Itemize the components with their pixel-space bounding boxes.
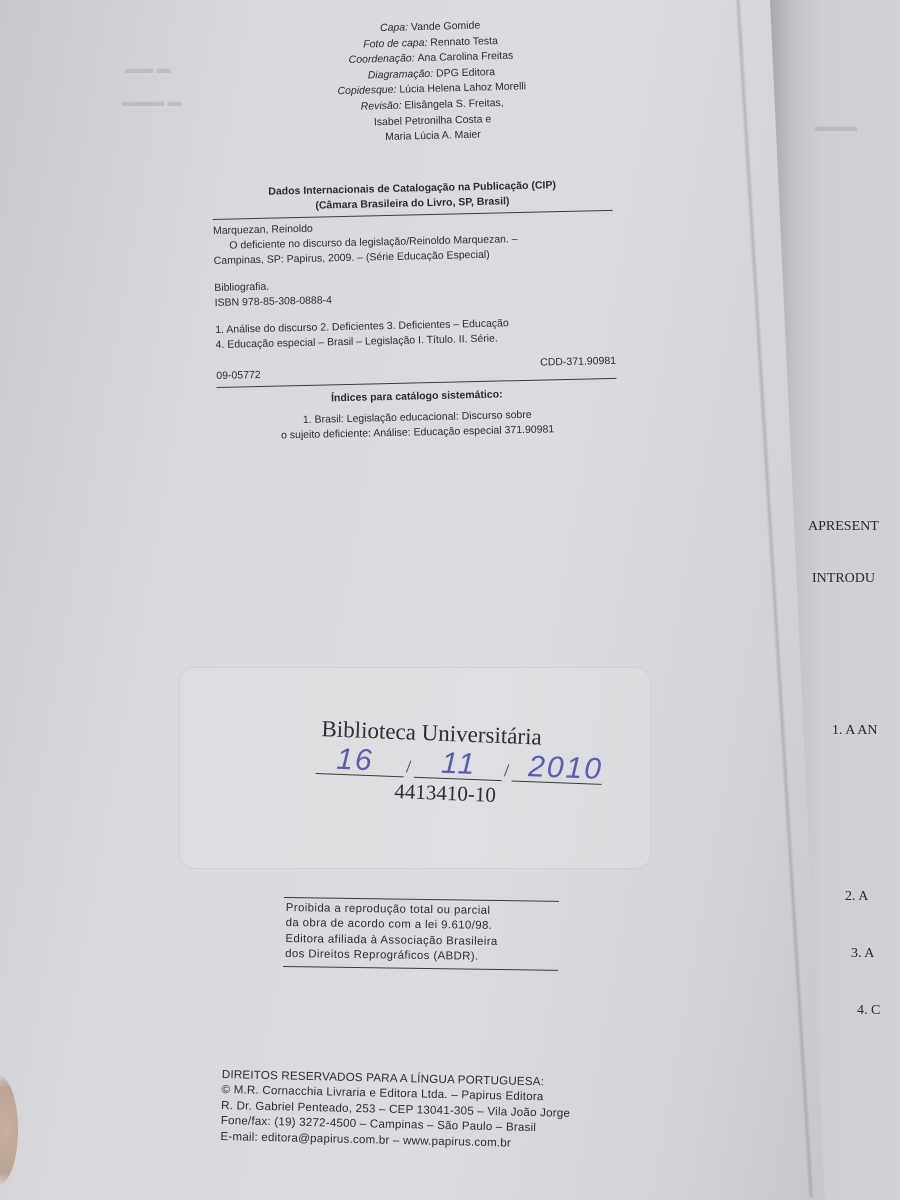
toc-item: 4. C xyxy=(857,1003,880,1019)
cip-catalog-card: Dados Internacionais de Catalogação na P… xyxy=(212,177,618,445)
show-through-text: ▬▬▬ xyxy=(815,120,857,136)
toc-item: INTRODU xyxy=(812,571,875,587)
notice-line: dos Direitos Reprográficos (ABDR). xyxy=(285,947,558,966)
stamp-month: 11 xyxy=(441,747,477,782)
show-through-text: ▬▬▬ ▬ xyxy=(122,95,182,111)
show-through-text: ▬▬ ▬ xyxy=(125,62,171,78)
date-separator: / xyxy=(406,756,412,777)
publisher-imprint: DIREITOS RESERVADOS PARA A LÍNGUA PORTUG… xyxy=(220,1067,642,1154)
left-page xyxy=(0,0,830,1200)
library-stamp: Biblioteca Universitária 16 / 11 / 2010 … xyxy=(315,716,618,812)
stamp-day: 16 xyxy=(336,743,375,778)
stamp-year: 2010 xyxy=(528,750,604,787)
date-separator: / xyxy=(504,760,510,781)
toc-item: 1. A AN xyxy=(832,723,878,739)
reproduction-notice: Proibida a reprodução total ou parcial d… xyxy=(283,897,559,970)
credits-block: Capa: Vande Gomide Foto de capa: Rennato… xyxy=(270,16,593,149)
cip-control-number: 09-05772 xyxy=(216,368,261,384)
toc-item: 2. A xyxy=(845,889,868,905)
toc-item: 3. A xyxy=(851,946,874,962)
cip-cdd: CDD-371.90981 xyxy=(540,354,616,377)
index-title: Índices para catálogo sistemático: xyxy=(217,385,617,409)
toc-item: APRESENT xyxy=(808,519,879,535)
